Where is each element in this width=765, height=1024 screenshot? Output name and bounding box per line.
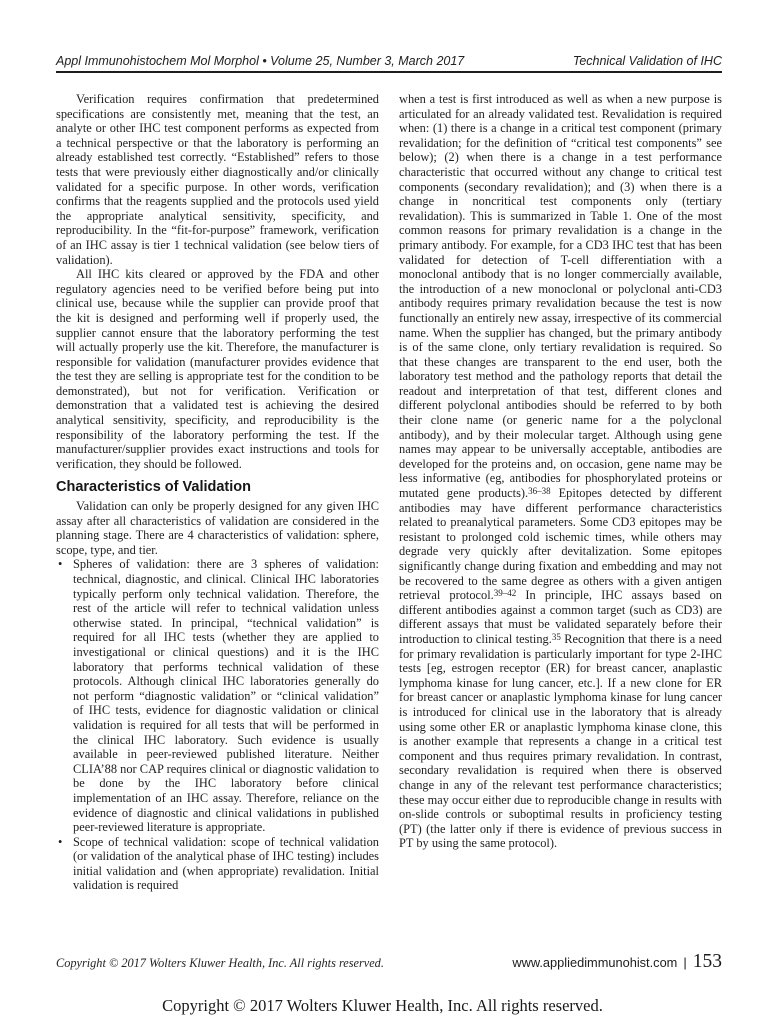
paragraph-text: when a test is first introduced as well … <box>399 92 722 500</box>
journal-citation: Appl Immunohistochem Mol Morphol • Volum… <box>56 54 464 68</box>
left-column: Verification requires confirmation that … <box>56 92 379 893</box>
footer-copyright: Copyright © 2017 Wolters Kluwer Health, … <box>56 956 384 971</box>
paragraph-text: Epitopes detected by different antibodie… <box>399 486 722 602</box>
footer-page-info: www.appliedimmunohist.com | 153 <box>512 951 722 973</box>
article-body: Verification requires confirmation that … <box>56 92 722 893</box>
page-footer: Copyright © 2017 Wolters Kluwer Health, … <box>56 951 722 973</box>
reference-superscript: 35 <box>552 632 561 642</box>
list-item-text: Spheres of validation: there are 3 spher… <box>73 557 379 834</box>
reference-superscript: 39–42 <box>494 588 517 598</box>
journal-page: Appl Immunohistochem Mol Morphol • Volum… <box>0 0 765 1024</box>
bullet-icon: • <box>58 557 62 572</box>
bullet-icon: • <box>58 835 62 850</box>
paragraph-text: Recognition that there is a need for pri… <box>399 632 722 850</box>
page-number: 153 <box>693 951 722 973</box>
running-title: Technical Validation of IHC <box>573 54 722 68</box>
header-rule <box>56 71 722 73</box>
reference-superscript: 36–38 <box>528 486 551 496</box>
list-item-spheres: • Spheres of validation: there are 3 sph… <box>56 557 379 834</box>
list-item-text: Scope of technical validation: scope of … <box>73 835 379 893</box>
paragraph-revalidation: when a test is first introduced as well … <box>399 92 722 851</box>
section-heading: Characteristics of Validation <box>56 480 379 495</box>
bottom-copyright-line: Copyright © 2017 Wolters Kluwer Health, … <box>0 996 765 1016</box>
paragraph-characteristics: Validation can only be properly designed… <box>56 499 379 557</box>
journal-url: www.appliedimmunohist.com <box>512 955 677 970</box>
paragraph-verification: Verification requires confirmation that … <box>56 92 379 267</box>
footer-separator: | <box>683 955 686 970</box>
list-item-scope: • Scope of technical validation: scope o… <box>56 835 379 893</box>
right-column: when a test is first introduced as well … <box>399 92 722 893</box>
paragraph-ihc-kits: All IHC kits cleared or approved by the … <box>56 267 379 471</box>
running-header: Appl Immunohistochem Mol Morphol • Volum… <box>56 54 722 68</box>
